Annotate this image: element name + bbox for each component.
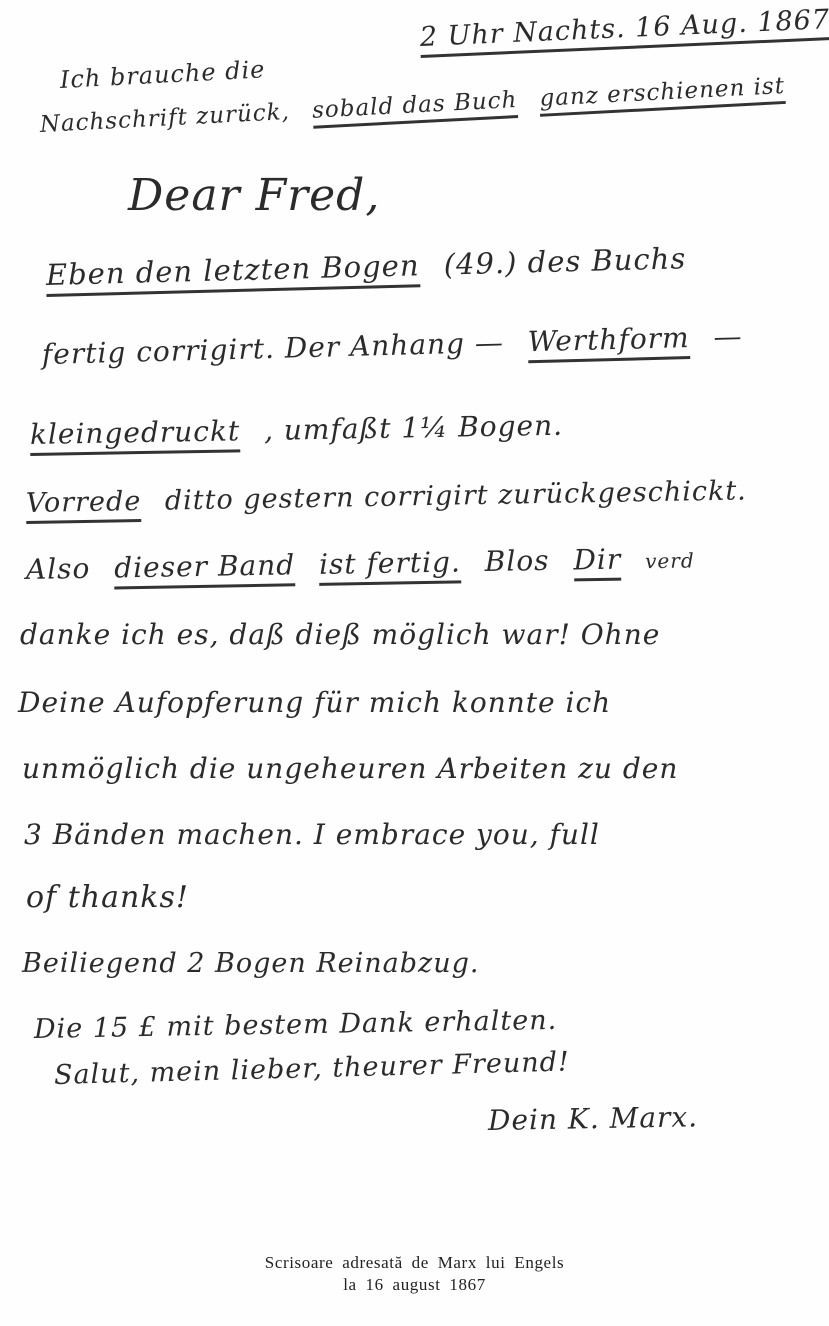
body-text-underlined: Dir [573,543,621,582]
signature-text: Dein K. Marx. [488,1100,699,1137]
caption-line-1: Scrisoare adresată de Marx lui Engels [0,1252,829,1274]
body-text: Salut, mein lieber, theurer Freund! [54,1046,571,1090]
body-line-4: Vorrede ditto gestern corrigirt zurückge… [26,475,761,524]
postscript-text: Nachschrift zurück, [39,99,290,138]
postscript-text: Ich brauche die [59,55,266,94]
body-line-8: unmöglich die ungeheuren Arbeiten zu den [22,752,692,785]
body-text: Beiliegend 2 Bogen Reinabzug. [22,948,480,979]
body-line-5: Also dieser Band ist fertig. Blos Dir ve… [26,541,709,591]
body-text: danke ich es, daß dieß möglich war! Ohne [20,618,660,651]
body-text-underlined: Werthform [527,321,690,363]
figure-caption: Scrisoare adresată de Marx lui Engels la… [0,1252,829,1296]
body-line-11: Beiliegend 2 Bogen Reinabzug. [22,948,494,979]
body-text: ditto gestern corrigirt zurückgeschickt. [165,475,747,516]
postscript-text-underlined: sobald das Buch [311,87,518,129]
body-text-underlined: ist fertig. [319,545,461,585]
postscript-line-1: Ich brauche die [59,55,280,94]
body-text: — [713,320,743,354]
caption-line-2: la 16 august 1867 [0,1274,829,1296]
letter-salutation: Dear Fred, [128,170,394,221]
body-line-3: kleingedruckt , umfaßt 1¼ Bogen. [30,408,578,456]
handwritten-letter: 2 Uhr Nachts. 16 Aug. 1867. Ich brauche … [0,0,829,1200]
body-text: (49.) des Buchs [443,241,686,281]
body-text: verd [645,548,695,573]
body-line-12: Die 15 £ mit bestem Dank erhalten. [34,1005,572,1045]
letter-signature: Dein K. Marx. [488,1100,713,1137]
body-text-underlined: kleingedruckt [30,414,241,456]
body-line-6: danke ich es, daß dieß möglich war! Ohne [20,618,674,651]
dateline-text: 2 Uhr Nachts. 16 Aug. 1867. [419,4,829,58]
body-text: fertig corrigirt. Der Anhang — [42,326,505,371]
body-line-10: of thanks! [26,880,203,915]
body-text-underlined: dieser Band [114,548,296,589]
body-text-underlined: Vorrede [26,486,142,524]
scanned-page: 2 Uhr Nachts. 16 Aug. 1867. Ich brauche … [0,0,829,1326]
body-line-9: 3 Bänden machen. I embrace you, full [24,818,614,851]
body-line-13: Salut, mein lieber, theurer Freund! [54,1046,585,1091]
body-text: unmöglich die ungeheuren Arbeiten zu den [22,752,678,785]
letter-dateline: 2 Uhr Nachts. 16 Aug. 1867. [419,3,829,58]
salutation-text: Dear Fred, [128,170,380,221]
body-line-7: Deine Aufopferung für mich konnte ich [18,686,625,719]
body-text: Also [26,552,91,586]
postscript-text-underlined: ganz erschienen ist [539,73,786,117]
body-line-2: fertig corrigirt. Der Anhang — Werthform… [42,319,758,376]
body-text-underlined: Eben den letzten Bogen [45,248,420,297]
body-text: Die 15 £ mit bestem Dank erhalten. [34,1005,558,1045]
body-text: 3 Bänden machen. I embrace you, full [24,818,600,851]
body-text: , umfaßt 1¼ Bogen. [264,409,564,447]
body-text: of thanks! [26,880,189,915]
body-text: Deine Aufopferung für mich konnte ich [18,686,611,719]
body-line-1: Eben den letzten Bogen (49.) des Buchs [45,241,700,297]
body-text: Blos [484,544,549,578]
